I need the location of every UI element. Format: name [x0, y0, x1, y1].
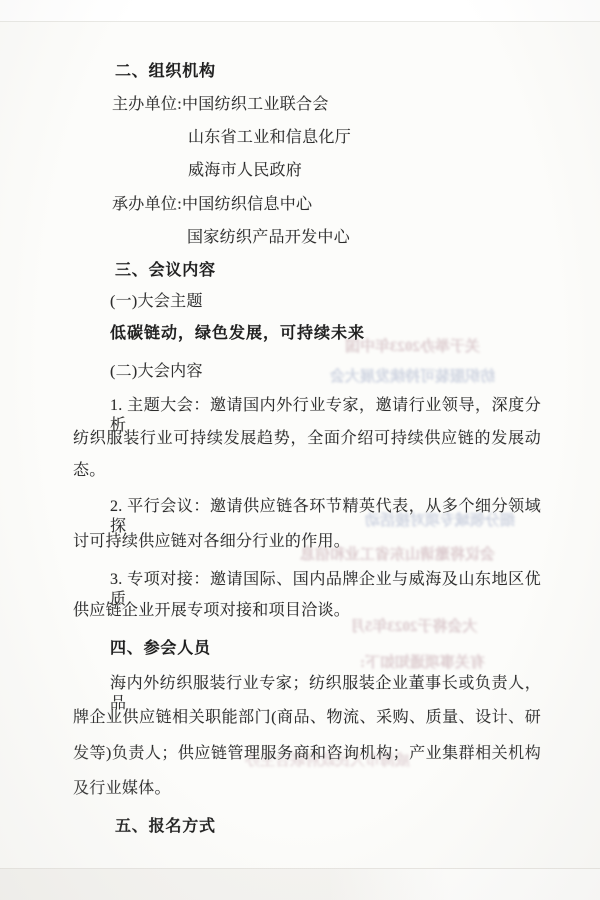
scan-paper-texture [0, 0, 600, 900]
scanned-document-page: 关于举办2023年中国 纺织服装可持续发展大会 细分领域专项对接活动 会议将邀请… [0, 0, 600, 900]
